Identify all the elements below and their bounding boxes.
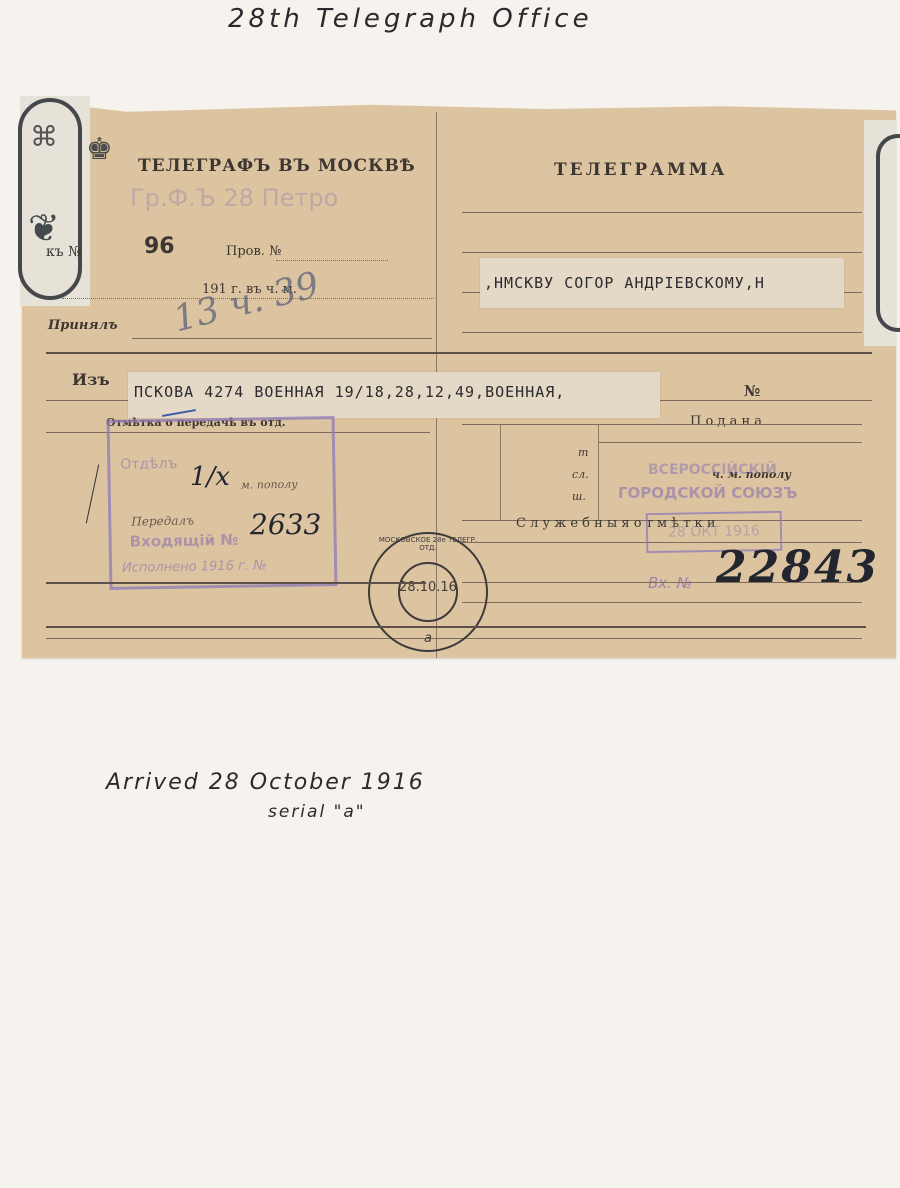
row-label-sl: сл. xyxy=(572,468,589,481)
union-stamp-line2: ГОРОДСКОЙ СОЮЗЪ xyxy=(618,484,797,502)
horn-icon: ⌘ xyxy=(30,120,58,153)
round-postmark: 28.10.16 a МОСКОВСКОЕ 28е ТЕЛЕГР. ОТД. xyxy=(368,532,488,652)
vkh-label: Вх. № xyxy=(648,574,692,592)
origin-tape: ПСКОВА 4274 ВОЕННАЯ 19/18,28,12,49,ВОЕНН… xyxy=(128,372,660,418)
number-label: къ № xyxy=(46,244,81,260)
row-label-t: т xyxy=(578,446,588,459)
row-label-sh: ш. xyxy=(572,490,586,503)
address-tape: ,НМСКВУ СОГОР АНДРІЕВСКОМУ,Н xyxy=(480,258,844,308)
handwritten-2633: 2633 xyxy=(250,508,321,541)
handwritten-serial-note: serial "a" xyxy=(268,802,366,822)
no-label: № xyxy=(744,382,760,400)
podana-label: П о д а н а xyxy=(690,414,762,429)
right-stub xyxy=(864,120,896,346)
eagle-icon: ♚ xyxy=(86,132,113,167)
otd-box-stamp: Отдѣлъ м. пополу Передалъ Входящій № Исп… xyxy=(107,416,338,590)
prov-label: Пров. № xyxy=(226,244,281,259)
telegram-form: ❦ ⌘ ♚ ТЕЛЕГРАФЪ ВЪ МОСКВѢ ТЕЛЕГРАММА Гр.… xyxy=(22,112,896,658)
handwritten-arrived-note: Arrived 28 October 1916 xyxy=(106,770,425,795)
handwritten-title-note: 28th Telegraph Office xyxy=(228,4,593,34)
right-header: ТЕЛЕГРАММА xyxy=(554,160,727,180)
prinyal-label: Принялъ xyxy=(48,318,118,333)
handwritten-fraction: 1/x xyxy=(190,462,230,492)
iz-label: Изъ xyxy=(72,370,110,389)
left-header: ТЕЛЕГРАФЪ ВЪ МОСКВѢ xyxy=(138,156,416,176)
number-value: 96 xyxy=(144,234,175,259)
union-stamp-line1: ВСЕРОССІЙСКІЙ xyxy=(648,462,777,478)
big-incoming-number: 22843 xyxy=(716,542,879,593)
handwritten-scrawl: 13 ч. 39 xyxy=(169,265,323,341)
left-stub: ❦ ⌘ xyxy=(20,96,90,306)
faint-office-stamp: Гр.Ф.Ъ 28 Петро xyxy=(130,184,338,212)
